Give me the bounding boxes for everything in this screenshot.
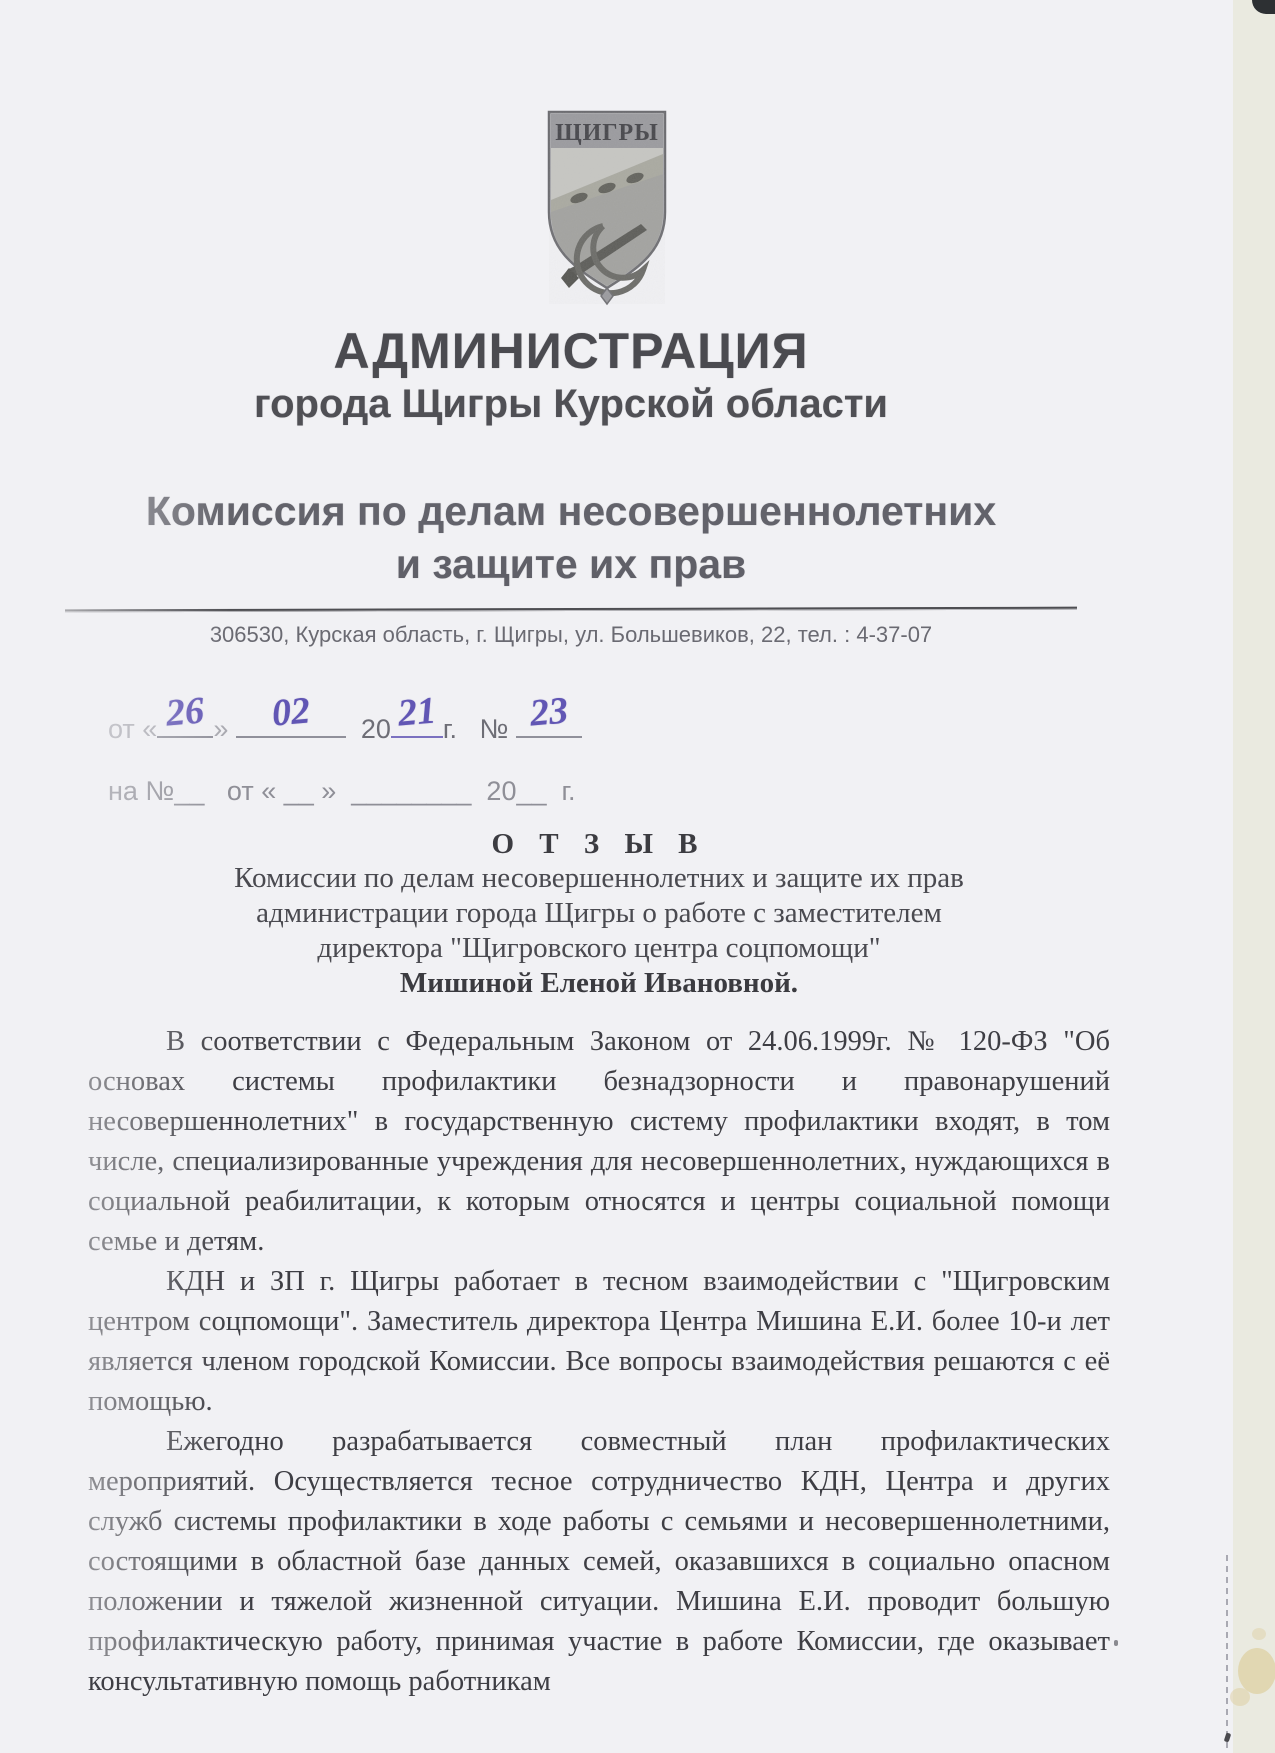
org-name-line1: АДМИНИСТРАЦИЯ [65, 322, 1077, 380]
department-line2: и защите их прав [65, 541, 1077, 588]
handwritten-day: 26 [156, 688, 216, 737]
grain-texture [549, 112, 665, 304]
page-edge-dashed-line [1226, 1555, 1228, 1753]
date-close-label: » [213, 714, 228, 744]
document-body: В соответствии с Федеральным Законом от … [88, 1022, 1110, 1702]
handwritten-month: 02 [234, 685, 347, 738]
letterhead-divider [65, 607, 1077, 613]
scanned-document-page: ЩИГРЫ АДМИНИСТРАЦИЯ города Щигры Курской… [0, 0, 1233, 1753]
date-number-row: от «26» 02 2021г. № 23 [108, 706, 582, 745]
title-subline-addressee: Мишиной Еленой Ивановной. [88, 967, 1110, 1000]
date-century-label: 20 [361, 714, 391, 744]
department-line1: Комиссия по делам несовершеннолетних [65, 488, 1077, 535]
paper-stain [1230, 1688, 1250, 1706]
reply-reference-row: на №__ от « __ » ________ 20__ г. [108, 776, 576, 807]
doc-number-label: № [480, 714, 509, 744]
date-day-blank: 26 [157, 706, 213, 738]
handwritten-year: 21 [389, 688, 445, 736]
title-subline-1: Комиссии по делам несовершеннолетних и з… [88, 862, 1110, 895]
underlying-page-edge [1233, 0, 1275, 1753]
paper-stain [1238, 1648, 1275, 1694]
document-title: О Т З Ы В [88, 828, 1110, 861]
body-paragraph: Ежегодно разрабатывается совместный план… [88, 1422, 1110, 1702]
date-prefix-label: от « [108, 714, 157, 744]
date-month-blank: 02 [236, 706, 346, 738]
title-subline-2: администрации города Щигры о работе с за… [88, 897, 1110, 930]
date-year-blank: 21 [391, 706, 443, 738]
coat-of-arms-shchigry: ЩИГРЫ [541, 106, 673, 306]
title-subline-3: директора "Щигровского центра соцпомощи" [88, 932, 1110, 965]
body-paragraph: В соответствии с Федеральным Законом от … [88, 1022, 1110, 1262]
date-year-suffix: г. [443, 714, 457, 744]
org-name-line2: города Щигры Курской области [65, 382, 1077, 427]
body-paragraph: КДН и ЗП г. Щигры работает в тесном взаи… [88, 1262, 1110, 1422]
paper-stain [1252, 1628, 1266, 1640]
paper-fleck [1114, 1640, 1118, 1646]
handwritten-number: 23 [514, 687, 584, 737]
address-line: 306530, Курская область, г. Щигры, ул. Б… [65, 622, 1077, 648]
doc-number-blank: 23 [516, 706, 582, 738]
